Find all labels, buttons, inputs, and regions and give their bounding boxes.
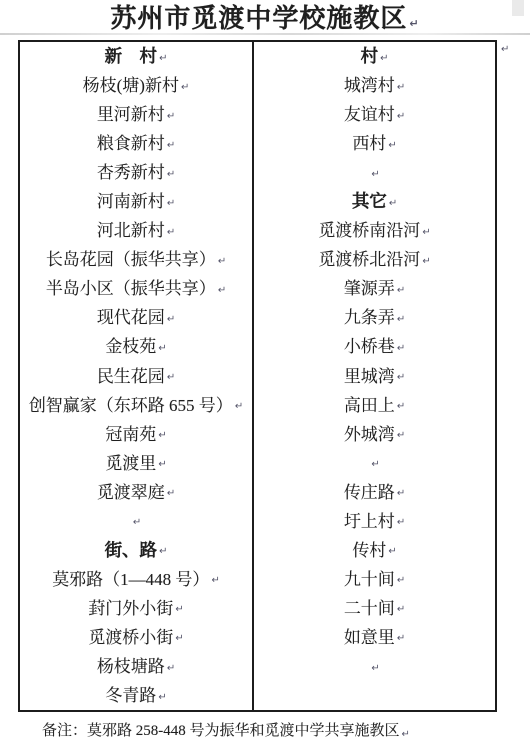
cell-text: 高田上 <box>344 397 395 414</box>
table-row: 外城湾↵ <box>254 420 495 449</box>
cell-text: 如意里 <box>344 629 395 646</box>
table-row: 里城湾↵ <box>254 362 495 391</box>
cell-text: 冬青路 <box>105 687 156 704</box>
paragraph-mark-icon: ↵ <box>371 170 379 180</box>
cell-text: 里城湾 <box>344 368 395 385</box>
paragraph-mark-icon: ↵ <box>397 576 405 586</box>
column-header-row: 村↵ <box>254 42 495 71</box>
table-row: 觅渡里↵ <box>20 449 252 478</box>
cell-text: 莫邪路（1—448 号） <box>52 571 209 588</box>
table-row: 觅渡桥小街↵ <box>20 623 252 652</box>
table-row: ↵ <box>254 449 495 478</box>
table-row: 传村↵ <box>254 536 495 565</box>
table-row: 葑门外小街↵ <box>20 594 252 623</box>
table-row: 友谊村↵ <box>254 100 495 129</box>
table-row: ↵ <box>254 652 495 681</box>
cell-text: 街、路 <box>105 542 158 560</box>
cell-text: 其它 <box>352 193 387 211</box>
paragraph-mark-icon: ↵ <box>133 518 141 528</box>
paragraph-mark-icon: ↵ <box>397 402 405 412</box>
cell-text: 觅渡桥南沿河 <box>318 222 420 239</box>
cell-text: 觅渡翠庭 <box>97 484 165 501</box>
paragraph-mark-icon: ↵ <box>167 315 175 325</box>
table-row: 河北新村↵ <box>20 216 252 245</box>
table-row: 西村↵ <box>254 129 495 158</box>
cell-text: 半岛小区（振华共享） <box>46 280 216 297</box>
table-row: 如意里↵ <box>254 623 495 652</box>
cell-text: 长岛花园（振华共享） <box>46 251 216 268</box>
table-row: 河南新村↵ <box>20 187 252 216</box>
cell-text: 村 <box>361 48 379 66</box>
cell-text: 友谊村 <box>344 106 395 123</box>
paragraph-mark-icon: ↵ <box>388 141 396 151</box>
table-row: 半岛小区（振华共享）↵ <box>20 274 252 303</box>
scan-artifact-line <box>0 33 530 35</box>
cell-text: 二十间 <box>344 600 395 617</box>
table-row: 九十间↵ <box>254 565 495 594</box>
table-row: 觅渡翠庭↵ <box>20 478 252 507</box>
paragraph-mark-icon: ↵ <box>159 54 167 64</box>
paragraph-mark-icon: ↵ <box>397 286 405 296</box>
paragraph-mark-icon: ↵ <box>167 373 175 383</box>
table-row: 冠南苑↵ <box>20 420 252 449</box>
table-row: 创智赢家（东环路 655 号）↵ <box>20 391 252 420</box>
paragraph-mark-icon: ↵ <box>389 199 397 209</box>
paragraph-mark-icon: ↵ <box>159 547 167 557</box>
table-row: 民生花园↵ <box>20 362 252 391</box>
paragraph-mark-icon: ↵ <box>397 112 405 122</box>
paragraph-mark-icon: ↵ <box>397 344 405 354</box>
table-row: 二十间↵ <box>254 594 495 623</box>
column-header-row: 新 村↵ <box>20 42 252 71</box>
paragraph-mark-icon: ↵ <box>402 729 410 740</box>
table-row: 觅渡桥北沿河↵ <box>254 245 495 274</box>
table-row: 城湾村↵ <box>254 71 495 100</box>
paragraph-mark-icon: ↵ <box>409 17 419 30</box>
paragraph-mark-icon: ↵ <box>235 402 243 412</box>
cell-text: 觅渡里 <box>105 455 156 472</box>
table-row: 小桥巷↵ <box>254 332 495 361</box>
district-table: 新 村↵杨枝(塘)新村↵里河新村↵粮食新村↵杏秀新村↵河南新村↵河北新村↵长岛花… <box>18 40 497 712</box>
table-row: 里河新村↵ <box>20 100 252 129</box>
table-row: 圩上村↵ <box>254 507 495 536</box>
column-header-row: 街、路↵ <box>20 536 252 565</box>
table-row: 莫邪路（1—448 号）↵ <box>20 565 252 594</box>
table-row: ↵ <box>254 158 495 187</box>
paragraph-mark-icon: ↵ <box>167 228 175 238</box>
cell-text: 杨枝(塘)新村 <box>83 77 179 94</box>
cell-text: 杏秀新村 <box>97 164 165 181</box>
table-row: ↵ <box>20 507 252 536</box>
cell-text: 小桥巷 <box>344 338 395 355</box>
cell-text: 民生花园 <box>97 368 165 385</box>
cell-text: 觅渡桥北沿河 <box>318 251 420 268</box>
cell-text: 杨枝塘路 <box>97 658 165 675</box>
cell-text: 西村 <box>352 135 386 152</box>
cell-text: 粮食新村 <box>97 135 165 152</box>
paragraph-mark-icon: ↵ <box>371 664 379 674</box>
paragraph-mark-icon: ↵ <box>158 693 166 703</box>
cell-text: 觅渡桥小街 <box>88 629 173 646</box>
paragraph-mark-icon: ↵ <box>397 83 405 93</box>
table-row: 杨枝(塘)新村↵ <box>20 71 252 100</box>
paragraph-mark-icon: ↵ <box>422 257 430 267</box>
table-row: 粮食新村↵ <box>20 129 252 158</box>
paragraph-mark-icon: ↵ <box>397 634 405 644</box>
table-row: 长岛花园（振华共享）↵ <box>20 245 252 274</box>
cell-text: 新 村 <box>105 48 158 66</box>
table-row: 杏秀新村↵ <box>20 158 252 187</box>
paragraph-mark-icon: ↵ <box>371 460 379 470</box>
table-row: 肇源弄↵ <box>254 274 495 303</box>
cell-text: 九条弄 <box>344 309 395 326</box>
paragraph-mark-icon: ↵ <box>175 605 183 615</box>
paragraph-mark-icon: ↵ <box>167 141 175 151</box>
paragraph-mark-icon: ↵ <box>397 431 405 441</box>
table-row: 传庄路↵ <box>254 478 495 507</box>
table-row <box>254 681 495 710</box>
table-row: 冬青路↵ <box>20 681 252 710</box>
paragraph-mark-icon: ↵ <box>380 54 388 64</box>
paragraph-mark-icon: ↵ <box>175 634 183 644</box>
page-title-text: 苏州市觅渡中学校施教区 <box>110 4 407 33</box>
paragraph-mark-icon: ↵ <box>501 44 509 55</box>
footnote-text: 备注：莫邪路 258-448 号为振华和觅渡中学共享施教区 <box>42 723 400 739</box>
paragraph-mark-icon: ↵ <box>158 344 166 354</box>
cell-text: 肇源弄 <box>344 280 395 297</box>
paragraph-mark-icon: ↵ <box>158 460 166 470</box>
column-header-row: 其它↵ <box>254 187 495 216</box>
table-row: 高田上↵ <box>254 391 495 420</box>
paragraph-mark-icon: ↵ <box>167 489 175 499</box>
table-row: 金枝苑↵ <box>20 332 252 361</box>
cell-text: 冠南苑 <box>105 426 156 443</box>
cell-text: 九十间 <box>344 571 395 588</box>
cell-text: 城湾村 <box>344 77 395 94</box>
footnote: 备注：莫邪路 258-448 号为振华和觅渡中学共享施教区↵ <box>42 719 410 740</box>
paragraph-mark-icon: ↵ <box>218 286 226 296</box>
document-page: 苏州市觅渡中学校施教区↵ 新 村↵杨枝(塘)新村↵里河新村↵粮食新村↵杏秀新村↵… <box>0 0 530 743</box>
paragraph-mark-icon: ↵ <box>167 664 175 674</box>
paragraph-mark-icon: ↵ <box>397 489 405 499</box>
cell-text: 葑门外小街 <box>88 600 173 617</box>
cell-text: 里河新村 <box>97 106 165 123</box>
table-row: 杨枝塘路↵ <box>20 652 252 681</box>
cell-text: 河南新村 <box>97 193 165 210</box>
cell-text: 金枝苑 <box>105 338 156 355</box>
cell-text: 现代花园 <box>97 309 165 326</box>
paragraph-mark-icon: ↵ <box>158 431 166 441</box>
cell-text: 河北新村 <box>97 222 165 239</box>
paragraph-mark-icon: ↵ <box>181 83 189 93</box>
paragraph-mark-icon: ↵ <box>388 547 396 557</box>
cell-text: 圩上村 <box>344 513 395 530</box>
table-column-right: 村↵城湾村↵友谊村↵西村↵↵其它↵觅渡桥南沿河↵觅渡桥北沿河↵肇源弄↵九条弄↵小… <box>254 42 495 710</box>
paragraph-mark-icon: ↵ <box>211 576 219 586</box>
scan-artifact-smudge <box>512 0 524 16</box>
cell-text: 外城湾 <box>344 426 395 443</box>
cell-text: 传庄路 <box>344 484 395 501</box>
paragraph-mark-icon: ↵ <box>397 605 405 615</box>
table-row: 九条弄↵ <box>254 303 495 332</box>
table-column-left: 新 村↵杨枝(塘)新村↵里河新村↵粮食新村↵杏秀新村↵河南新村↵河北新村↵长岛花… <box>20 42 254 710</box>
paragraph-mark-icon: ↵ <box>397 373 405 383</box>
cell-text: 创智赢家（东环路 655 号） <box>29 397 233 414</box>
paragraph-mark-icon: ↵ <box>397 518 405 528</box>
table-row: 现代花园↵ <box>20 303 252 332</box>
paragraph-mark-icon: ↵ <box>167 112 175 122</box>
table-row: 觅渡桥南沿河↵ <box>254 216 495 245</box>
paragraph-mark-icon: ↵ <box>422 228 430 238</box>
paragraph-mark-icon: ↵ <box>167 199 175 209</box>
cell-text: 传村 <box>352 542 386 559</box>
paragraph-mark-icon: ↵ <box>218 257 226 267</box>
paragraph-mark-icon: ↵ <box>397 315 405 325</box>
paragraph-mark-icon: ↵ <box>167 170 175 180</box>
